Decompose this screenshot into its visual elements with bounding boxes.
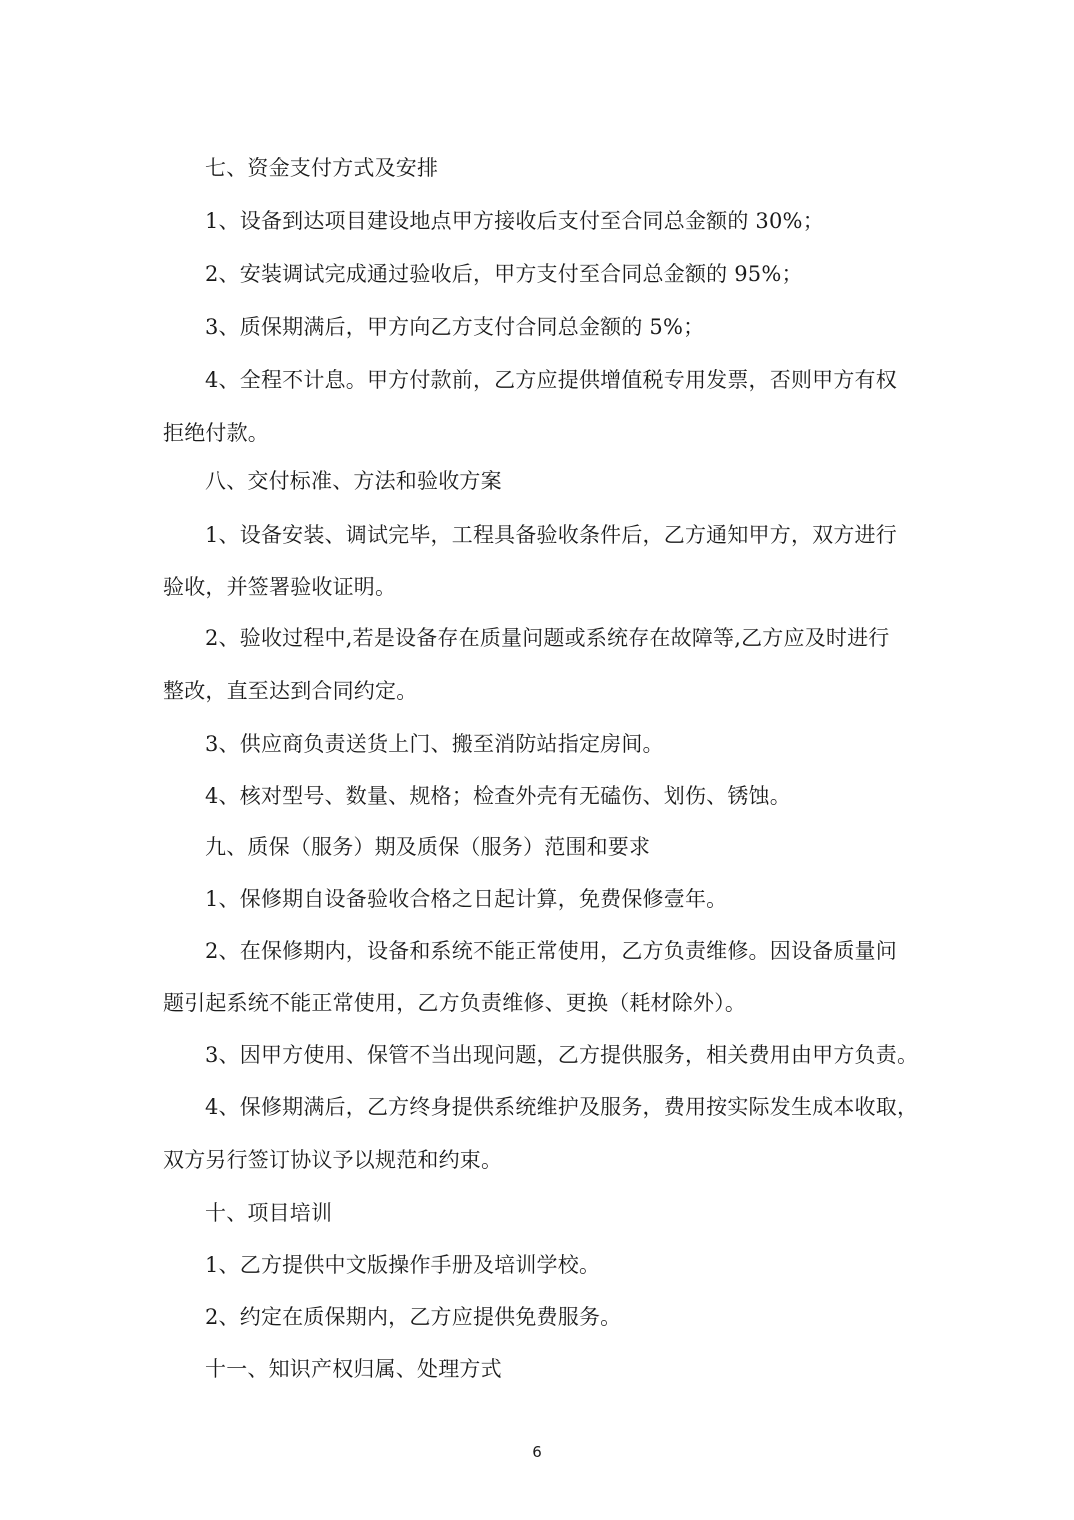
paragraph-7-1: 1、设备到达项目建设地点甲方接收后支付至合同总金额的 30%； <box>205 207 824 235</box>
paragraph-9-2-continuation: 题引起系统不能正常使用，乙方负责维修、更换（耗材除外）。 <box>163 989 746 1017</box>
page-number: 6 <box>0 1442 1074 1462</box>
paragraph-8-4: 4、核对型号、数量、规格；检查外壳有无磕伤、划伤、锈蚀。 <box>205 782 791 810</box>
paragraph-8-1: 1、设备安装、调试完毕，工程具备验收条件后，乙方通知甲方，双方进行 <box>205 521 897 549</box>
paragraph-8-2: 2、验收过程中,若是设备存在质量问题或系统存在故障等,乙方应及时进行 <box>205 624 890 652</box>
paragraph-8-3: 3、供应商负责送货上门、搬至消防站指定房间。 <box>205 730 664 758</box>
paragraph-8-2-continuation: 整改，直至达到合同约定。 <box>163 677 417 705</box>
paragraph-7-3: 3、质保期满后，甲方向乙方支付合同总金额的 5%； <box>205 313 704 341</box>
paragraph-7-2: 2、安装调试完成通过验收后，甲方支付至合同总金额的 95%； <box>205 260 803 288</box>
paragraph-9-4-continuation: 双方另行签订协议予以规范和约束。 <box>163 1146 502 1174</box>
paragraph-9-2: 2、在保修期内，设备和系统不能正常使用，乙方负责维修。因设备质量问 <box>205 937 897 965</box>
paragraph-8-1-continuation: 验收，并签署验收证明。 <box>163 573 396 601</box>
paragraph-10-2: 2、约定在质保期内，乙方应提供免费服务。 <box>205 1303 621 1331</box>
section-heading-8: 八、交付标准、方法和验收方案 <box>205 467 502 495</box>
paragraph-9-4: 4、保修期满后，乙方终身提供系统维护及服务，费用按实际发生成本收取， <box>205 1093 918 1121</box>
section-heading-10: 十、项目培训 <box>205 1199 332 1227</box>
section-heading-7: 七、资金支付方式及安排 <box>205 154 438 182</box>
paragraph-9-1: 1、保修期自设备验收合格之日起计算，免费保修壹年。 <box>205 885 727 913</box>
paragraph-10-1: 1、乙方提供中文版操作手册及培训学校。 <box>205 1251 600 1279</box>
section-heading-9: 九、质保（服务）期及质保（服务）范围和要求 <box>205 833 650 861</box>
paragraph-7-4: 4、全程不计息。甲方付款前，乙方应提供增值税专用发票，否则甲方有权 <box>205 366 897 394</box>
paragraph-7-4-continuation: 拒绝付款。 <box>163 419 269 447</box>
section-heading-11: 十一、知识产权归属、处理方式 <box>205 1355 502 1383</box>
document-page: 七、资金支付方式及安排 1、设备到达项目建设地点甲方接收后支付至合同总金额的 3… <box>0 0 1074 1520</box>
paragraph-9-3: 3、因甲方使用、保管不当出现问题，乙方提供服务，相关费用由甲方负责。 <box>205 1041 918 1069</box>
